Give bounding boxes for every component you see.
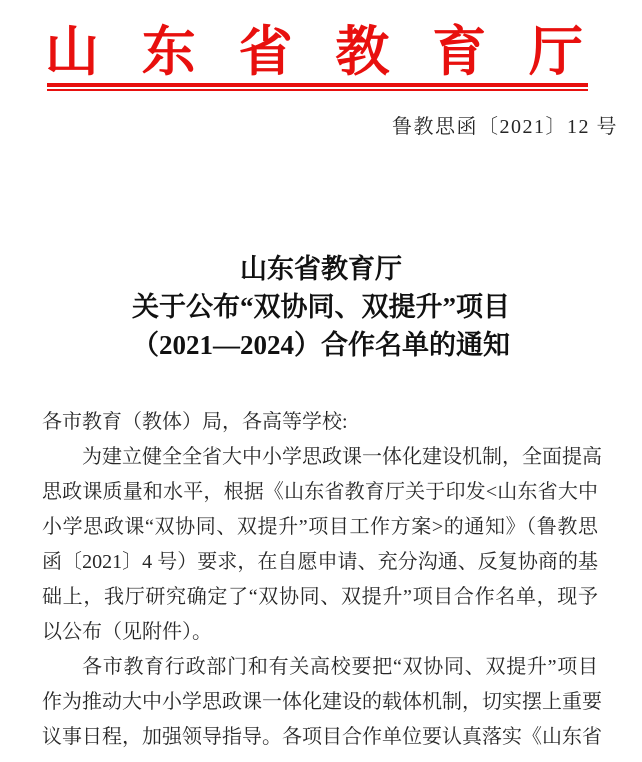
document-title: 山东省教育厅 关于公布“双协同、双提升”项目 （2021—2024）合作名单的通… [0, 250, 642, 364]
body-line: 函〔2021〕4 号）要求，在自愿申请、充分沟通、反复协商的基 [42, 545, 598, 580]
body-line: 小学思政课“双协同、双提升”项目工作方案>的通知》（鲁教思 [42, 510, 598, 545]
body-line: 为建立健全全省大中小学思政课一体化建设机制，全面提高 [42, 440, 598, 475]
body-line: 础上，我厅研究确定了“双协同、双提升”项目合作名单，现予 [42, 580, 598, 615]
title-line-2: 关于公布“双协同、双提升”项目 [0, 288, 642, 326]
document-page: 山东省教育厅 鲁教思函〔2021〕12 号 山东省教育厅 关于公布“双协同、双提… [0, 0, 642, 762]
title-line-1: 山东省教育厅 [0, 250, 642, 288]
body-line: 思政课质量和水平，根据《山东省教育厅关于印发<山东省大中 [42, 475, 598, 510]
body-line: 各市教育行政部门和有关高校要把“双协同、双提升”项目 [42, 650, 598, 685]
document-number: 鲁教思函〔2021〕12 号 [392, 115, 618, 139]
body-line: 议事日程，加强领导指导。各项目合作单位要认真落实《山东省 [42, 720, 598, 755]
document-body: 各市教育（教体）局，各高等学校: 为建立健全全省大中小学思政课一体化建设机制，全… [42, 405, 598, 755]
body-line: 以公布（见附件）。 [42, 615, 598, 650]
red-divider-thick [47, 83, 588, 87]
red-divider-thin [47, 89, 588, 91]
body-salutation: 各市教育（教体）局，各高等学校: [42, 405, 598, 440]
letterhead-title: 山东省教育厅 [45, 12, 583, 82]
title-line-3: （2021—2024）合作名单的通知 [0, 326, 642, 364]
body-line: 作为推动大中小学思政课一体化建设的载体机制，切实摆上重要 [42, 685, 598, 720]
